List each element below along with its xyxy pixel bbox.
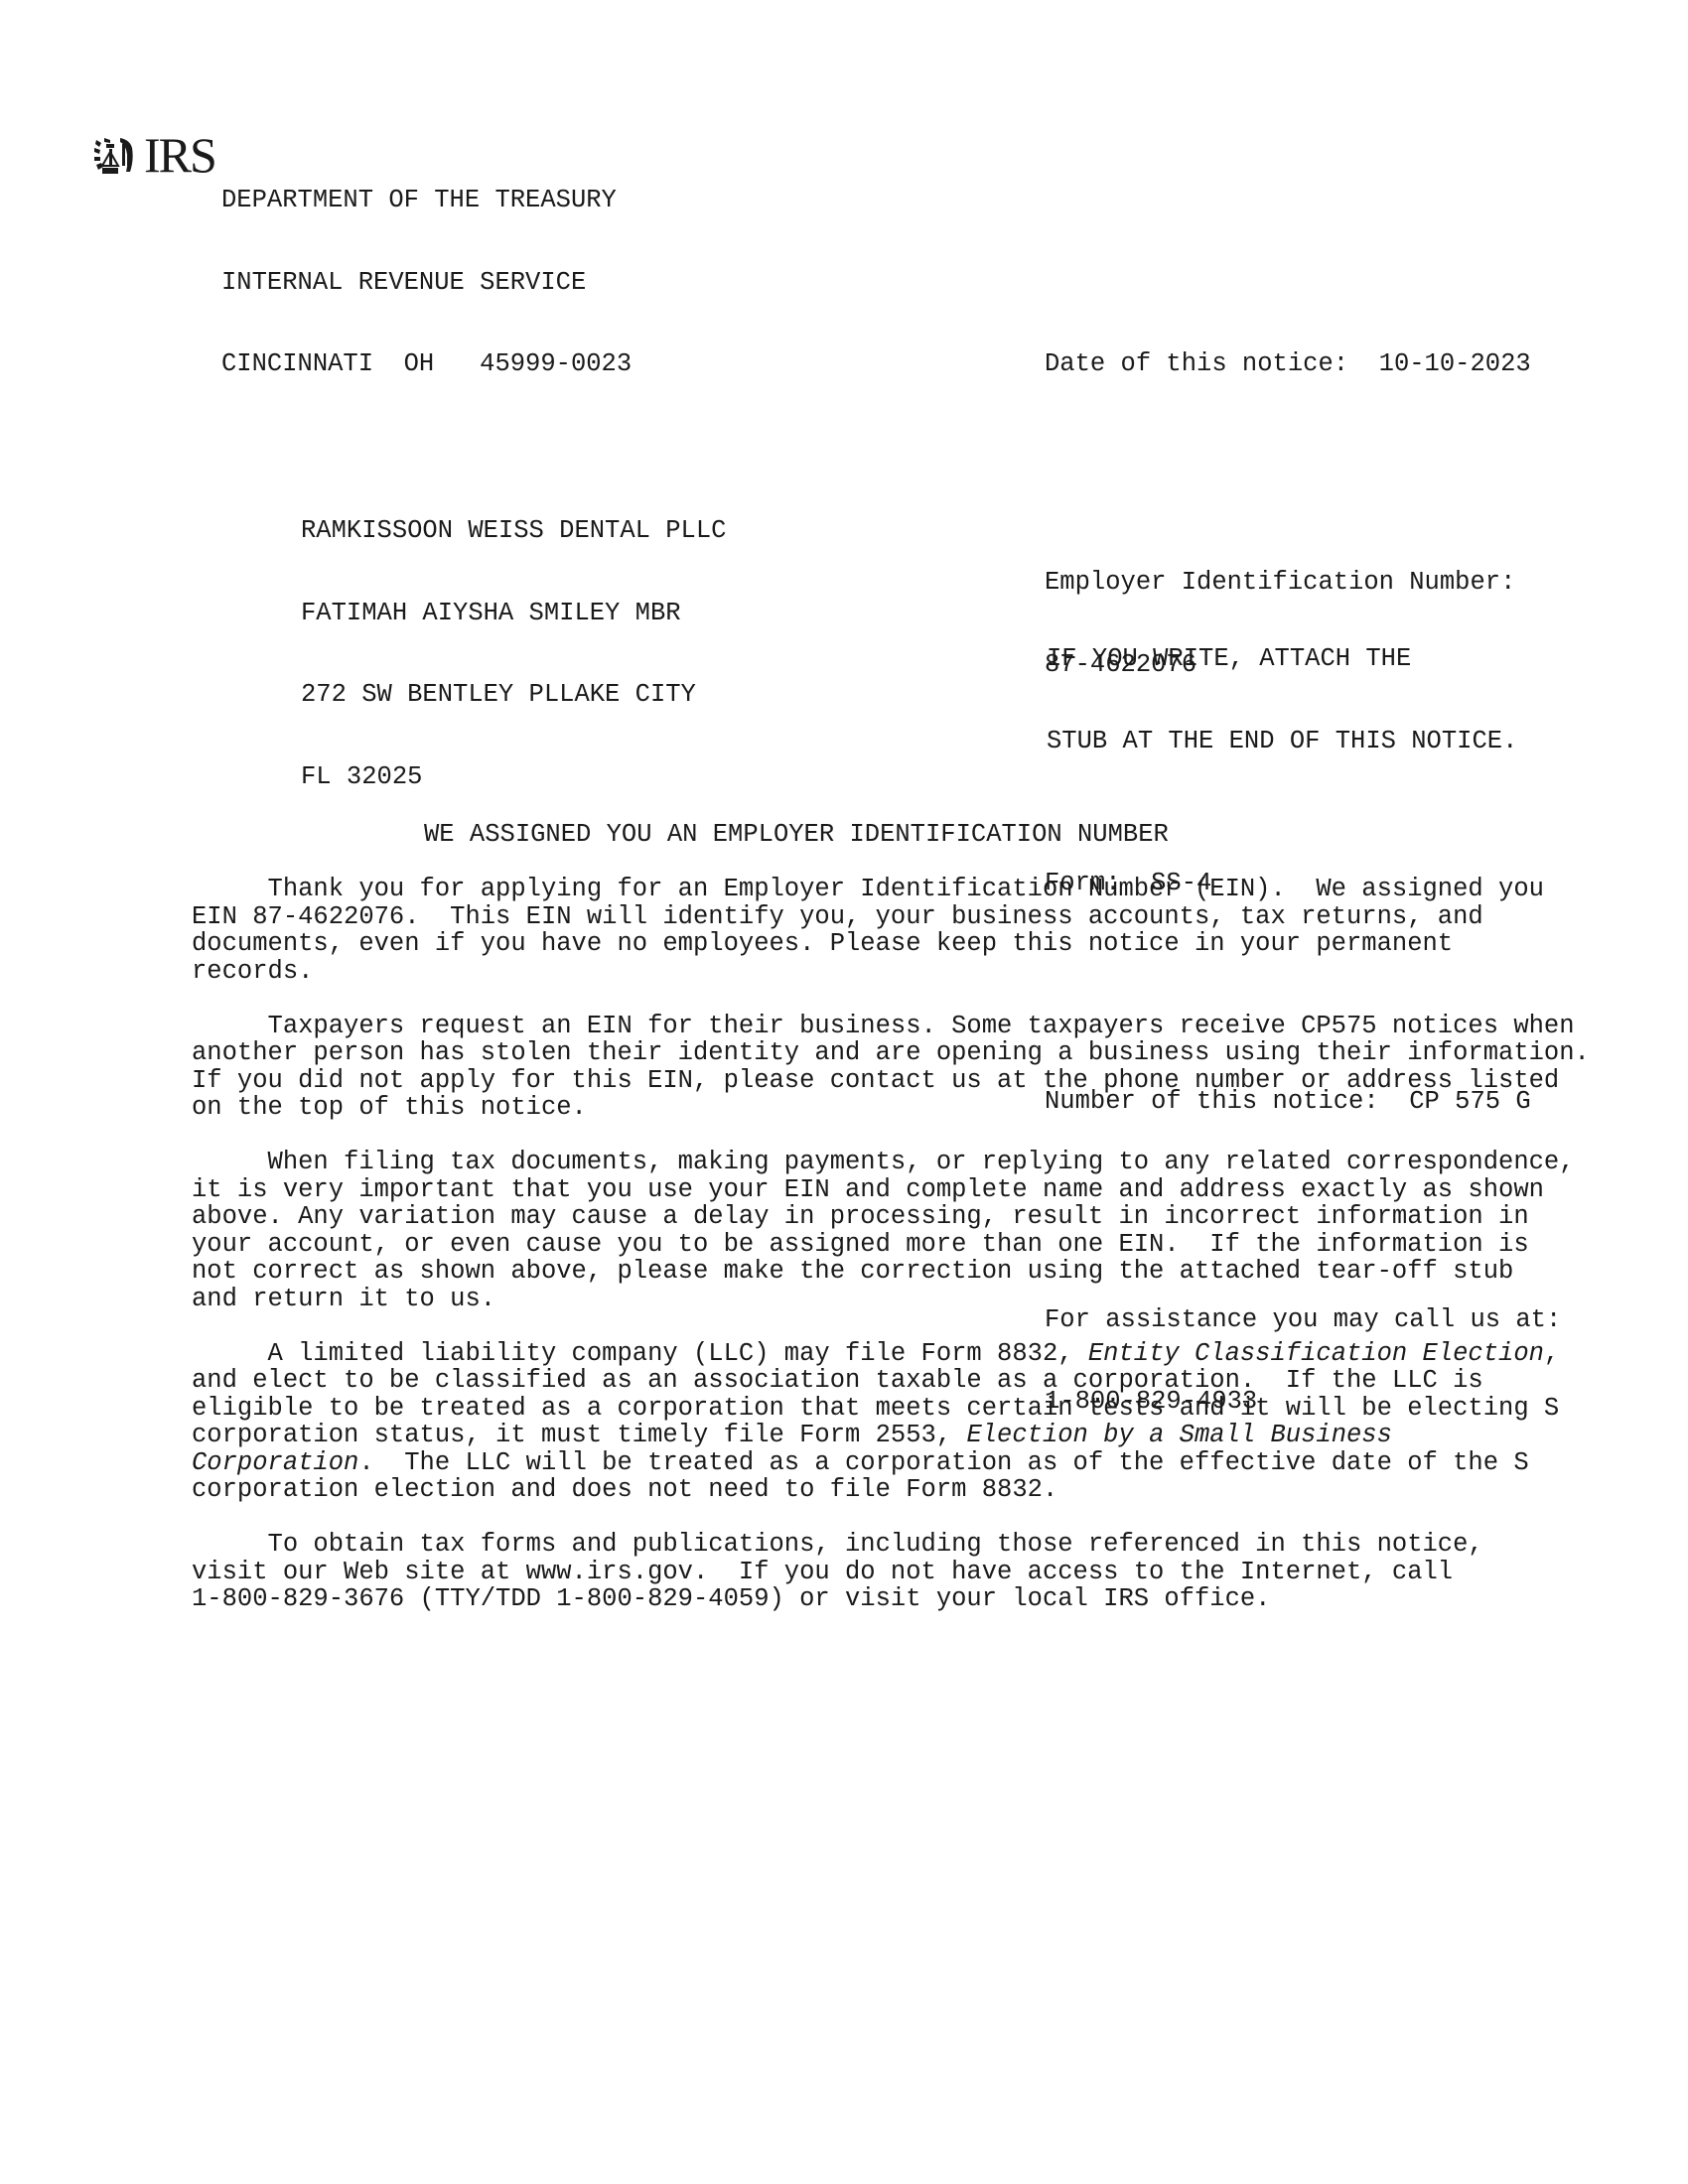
letter-paragraph: To obtain tax forms and publications, in…: [192, 1531, 1631, 1613]
notice-date: Date of this notice: 10-10-2023: [1045, 350, 1561, 378]
write-note-line: IF YOU WRITE, ATTACH THE: [1047, 645, 1517, 673]
write-note-line: STUB AT THE END OF THIS NOTICE.: [1047, 728, 1517, 755]
agency-address: DEPARTMENT OF THE TREASURY INTERNAL REVE…: [221, 132, 632, 405]
italic-title: Election by a Small Business: [966, 1421, 1391, 1449]
recipient-name: RAMKISSOON WEISS DENTAL PLLC: [301, 517, 726, 545]
write-instructions: IF YOU WRITE, ATTACH THE STUB AT THE END…: [1047, 591, 1517, 782]
recipient-street: 272 SW BENTLEY PLLAKE CITY: [301, 681, 726, 709]
letter-paragraph: When filing tax documents, making paymen…: [192, 1149, 1631, 1312]
agency-line: INTERNAL REVENUE SERVICE: [221, 269, 632, 297]
irs-logo: IRS: [92, 132, 215, 178]
letter-paragraph: Taxpayers request an EIN for their busin…: [192, 1013, 1631, 1122]
letter-paragraph: Thank you for applying for an Employer I…: [192, 876, 1631, 985]
letter-heading: WE ASSIGNED YOU AN EMPLOYER IDENTIFICATI…: [424, 821, 1169, 849]
agency-line: DEPARTMENT OF THE TREASURY: [221, 187, 632, 214]
letter-body: Thank you for applying for an Employer I…: [192, 876, 1631, 1640]
italic-title: Entity Classification Election: [1088, 1339, 1544, 1368]
irs-eagle-icon: [92, 132, 138, 178]
recipient-contact: FATIMAH AIYSHA SMILEY MBR: [301, 600, 726, 627]
letter-paragraph: A limited liability company (LLC) may fi…: [192, 1340, 1631, 1504]
recipient-address: RAMKISSOON WEISS DENTAL PLLC FATIMAH AIY…: [301, 463, 726, 818]
italic-title: Corporation: [192, 1448, 358, 1477]
agency-line: CINCINNATI OH 45999-0023: [221, 350, 632, 378]
irs-logo-text: IRS: [144, 132, 215, 178]
recipient-state-zip: FL 32025: [301, 763, 726, 791]
